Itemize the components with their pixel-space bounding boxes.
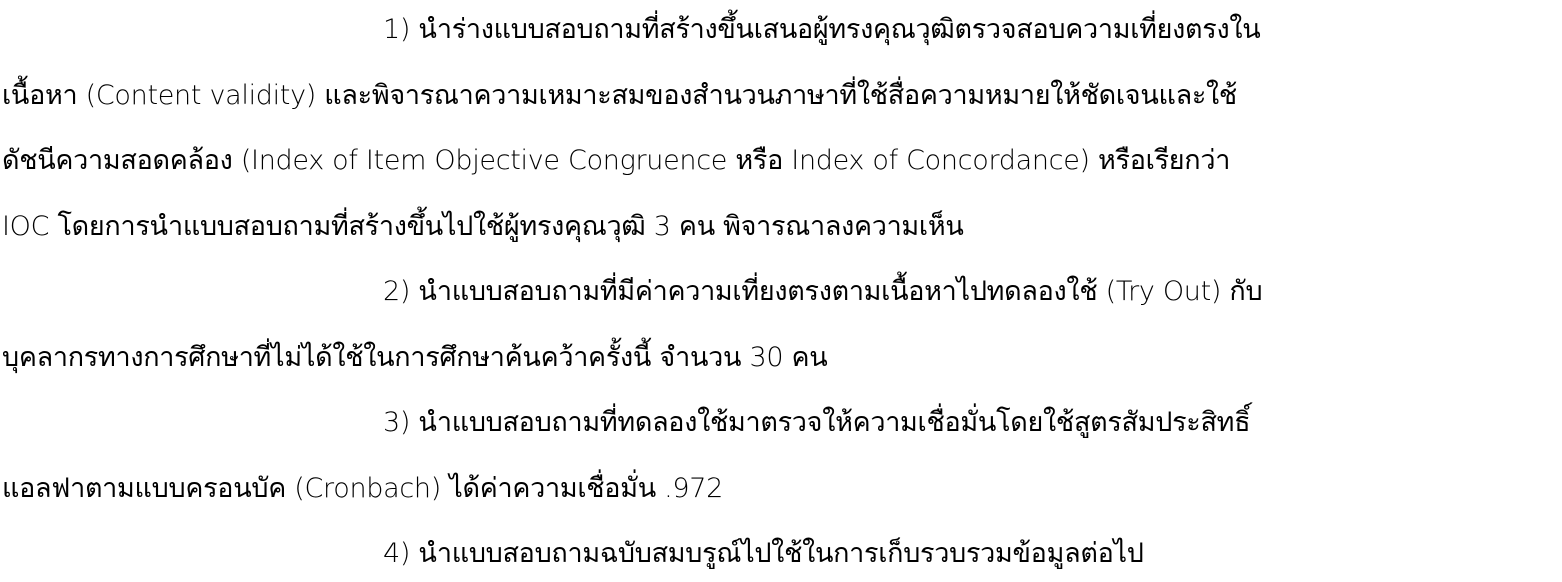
item-1-line-1: 1) นำร่างแบบสอบถามที่สร้างขึ้นเสนอผู้ทรง…	[383, 10, 1260, 50]
item-3-line-1: 3) นำแบบสอบถามที่ทดลองใช้มาตรวจให้ความเช…	[383, 403, 1250, 443]
item-2-line-1: 2) นำแบบสอบถามที่มีค่าความเที่ยงตรงตามเน…	[383, 272, 1262, 312]
item-1-line-4: IOC โดยการนำแบบสอบถามที่สร้างขึ้นไปใช้ผู…	[2, 207, 964, 247]
item-1-line-3: ดัชนีความสอดคล้อง (Index of Item Objecti…	[2, 141, 1230, 181]
item-3-line-2: แอลฟาตามแบบครอนบัค (Cronbach) ได้ค่าความ…	[2, 469, 723, 509]
item-2-line-2: บุคลากรทางการศึกษาที่ไม่ได้ใช้ในการศึกษา…	[2, 338, 827, 378]
item-4-line-1: 4) นำแบบสอบถามฉบับสมบรูณ์ไปใช้ในการเก็บร…	[383, 534, 1144, 574]
item-1-line-2: เนื้อหา (Content validity) และพิจารณาควา…	[2, 76, 1237, 116]
document-page: 1) นำร่างแบบสอบถามที่สร้างขึ้นเสนอผู้ทรง…	[0, 0, 1562, 582]
